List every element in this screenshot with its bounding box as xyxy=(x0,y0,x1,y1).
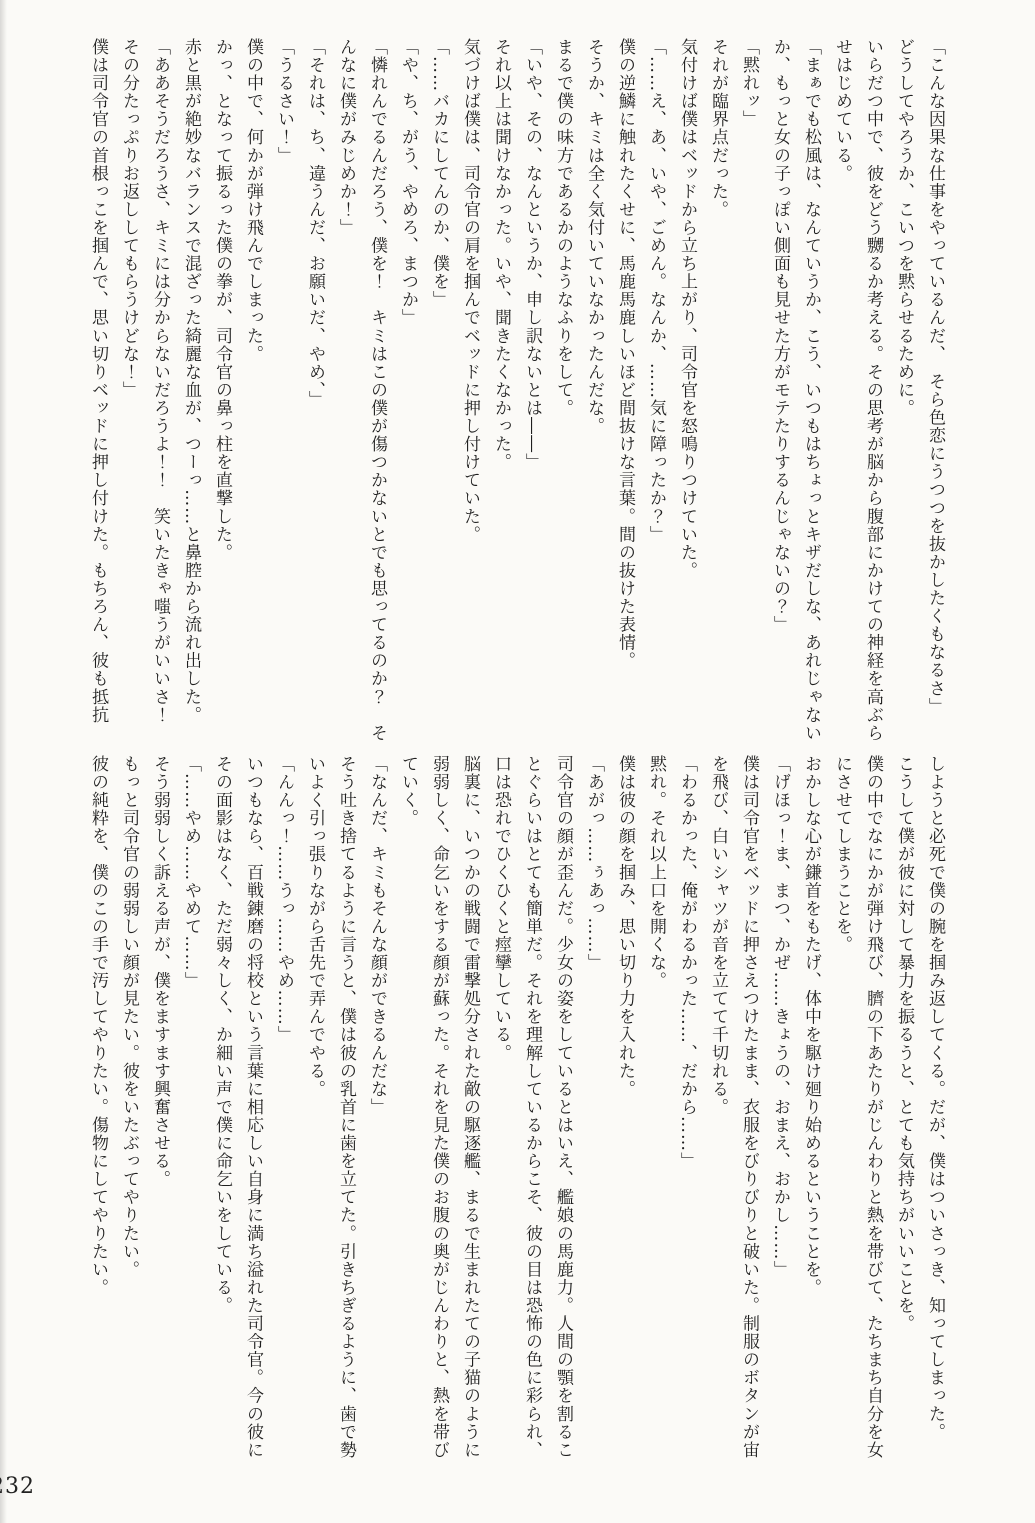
paragraph: 僕は司令官をベッドに押さえつけたまま、衣服をびりびりと破いた。制服のボタンが宙を… xyxy=(702,755,764,1462)
paragraph: 「あがっ……ぅあっ……」 xyxy=(578,755,609,1462)
paragraph: 脳裏に、いつかの戦闘で雷撃処分された敵の駆逐艦、まるで生まれたての子猫のように弱… xyxy=(392,755,485,1462)
paragraph: 僕の逆鱗に触れたくせに、馬鹿馬鹿しいほど間抜けな言葉。間の抜けた表情。 xyxy=(609,38,640,745)
paragraph: もっと司令官の弱弱しい顔が見たい。彼をいたぶってやりたい。 xyxy=(113,755,144,1462)
paragraph: 「うるさい！」 xyxy=(268,38,299,745)
paragraph: 「……え、あ、いや、ごめん。なんか、……気に障ったか？」 xyxy=(640,38,671,745)
paragraph: いつもなら、百戦錬磨の将校という言葉に相応しい自身に満ち溢れた司令官。今の彼にそ… xyxy=(206,755,268,1462)
page-number: 232 xyxy=(0,1474,35,1499)
paragraph: かっ、となって振るった僕の拳が、司令官の鼻っ柱を直撃した。 xyxy=(206,38,237,745)
story-text-lower-block: しようと必死で僕の腕を掴み返してくる。だが、僕はついさっき、知ってしまった。こう… xyxy=(78,755,950,1462)
story-text-upper-block: 「こんな因果な仕事をやっているんだ、 そら色恋にうつつを抜かしたくもなるさ」どう… xyxy=(78,38,950,745)
paragraph: 気づけば僕は、司令官の肩を掴んでベッドに押し付けていた。 xyxy=(454,38,485,745)
paragraph: 僕は彼の顔を掴み、思い切り力を入れた。 xyxy=(609,755,640,1462)
paragraph: 「……バカにしてんのか、僕を」 xyxy=(423,38,454,745)
paragraph: 「黙れッ」 xyxy=(733,38,764,745)
paragraph: それが臨界点だった。 xyxy=(702,38,733,745)
paragraph: 「それは、ち、違うんだ、お願いだ、やめ、」 xyxy=(299,38,330,745)
paragraph: 赤と黒が絶妙なバランスで混ざった綺麗な血が、つーっ……と鼻腔から流れ出した。 xyxy=(175,38,206,745)
paragraph: 「憐れんでるんだろう、僕を！ キミはこの僕が傷つかないとでも思ってるのか？ そん… xyxy=(330,38,392,745)
paragraph: そう弱弱しく訴える声が、僕をますます興奮させる。 xyxy=(144,755,175,1462)
paragraph: 「げほっ！ま、まつ、かぜ……きょうの、おまえ、おかし……」 xyxy=(764,755,795,1462)
paragraph: まるで僕の味方であるかのようなふりをして。 xyxy=(547,38,578,745)
novel-page: 「こんな因果な仕事をやっているんだ、 そら色恋にうつつを抜かしたくもなるさ」どう… xyxy=(0,0,1035,1523)
paragraph: 彼の純粋を、僕のこの手で汚してやりたい。傷物にしてやりたい。 xyxy=(82,755,113,1462)
paragraph: 「まぁでも松風は、なんていうか、こう、いつもはちょっとキザだしな、あれじゃないか… xyxy=(764,38,826,745)
paragraph: 司令官の顔が歪んだ。少女の姿をしているとはいえ、艦娘の馬鹿力。人間の顎を割ること… xyxy=(485,755,578,1462)
paragraph: 「ああそうだろうさ、キミには分からないだろうよ！！ 笑いたきゃ嗤うがいいさ！ そ… xyxy=(113,38,175,745)
paragraph: いらだつ中で、彼をどう嬲るか考える。その思考が脳から腹部にかけての神経を高ぶらせ… xyxy=(826,38,888,745)
paragraph: どうしてやろうか、こいつを黙らせるために。 xyxy=(888,38,919,745)
paragraph: 「わるかった、俺がわるかった……、だから……」 xyxy=(671,755,702,1462)
paragraph: 「……やめ……やめて……」 xyxy=(175,755,206,1462)
paragraph: 僕の中でなにかが弾け飛び、臍の下あたりがじんわりと熱を帯びて、たちまち自分を女に… xyxy=(826,755,888,1462)
paragraph: 気付けば僕はベッドから立ち上がり、司令官を怒鳴りつけていた。 xyxy=(671,38,702,745)
paragraph: そう吐き捨てるように言うと、僕は彼の乳首に歯を立てた。引きちぎるように、歯で勢い… xyxy=(299,755,361,1462)
paragraph: 黙れ。それ以上口を開くな。 xyxy=(640,755,671,1462)
paragraph: それ以上は聞けなかった。いや、聞きたくなかった。 xyxy=(485,38,516,745)
paragraph: 「なんだ、キミもそんな顔ができるんだな」 xyxy=(361,755,392,1462)
paragraph: 「こんな因果な仕事をやっているんだ、 そら色恋にうつつを抜かしたくもなるさ」 xyxy=(919,38,950,745)
paragraph: こうして僕が彼に対して暴力を振るうと、とても気持ちがいいことを。 xyxy=(888,755,919,1462)
paragraph: しようと必死で僕の腕を掴み返してくる。だが、僕はついさっき、知ってしまった。 xyxy=(919,755,950,1462)
paragraph: 「いや、その、なんというか、申し訳ないとは――」 xyxy=(516,38,547,745)
paragraph: 僕の中で、何かが弾け飛んでしまった。 xyxy=(237,38,268,745)
scan-edge-shadow xyxy=(0,0,7,1523)
paragraph: 「んんっ！……うっ……やめ……」 xyxy=(268,755,299,1462)
paragraph: 僕は司令官の首根っこを掴んで、思い切りベッドに押し付けた。もちろん、彼も抵抗 xyxy=(82,38,113,745)
paragraph: おかしな心が鎌首をもたげ、体中を駆け廻り始めるということを。 xyxy=(795,755,826,1462)
paragraph: そうか、キミは全く気付いていなかったんだな。 xyxy=(578,38,609,745)
paragraph: 「や、ち、がう、やめろ、まつか」 xyxy=(392,38,423,745)
